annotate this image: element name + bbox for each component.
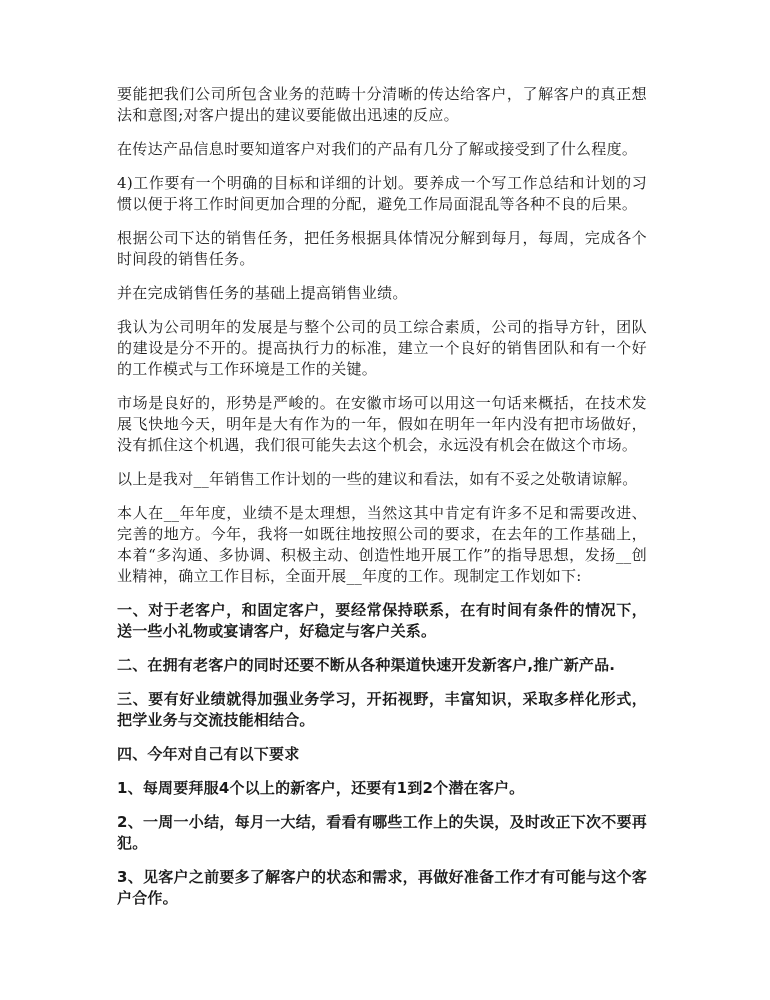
heading-item-2: 二、在拥有老客户的同时还要不断从各种渠道快速开发新客户,推广新产品. [117, 655, 647, 676]
requirement-2: 2、一周一小结，每月一大结，看看有哪些工作上的失误，及时改正下次不要再犯。 [117, 812, 647, 854]
document-page: 要能把我们公司所包含业务的范畴十分清晰的传达给客户，了解客户的真正想法和意图;对… [117, 84, 647, 922]
paragraph-3: 4)工作要有一个明确的目标和详细的计划。要养成一个写工作总结和计划的习惯以便于将… [117, 173, 647, 215]
heading-item-3: 三、要有好业绩就得加强业务学习，开拓视野，丰富知识，采取多样化形式，把学业务与交… [117, 689, 647, 731]
paragraph-2: 在传达产品信息时要知道客户对我们的产品有几分了解或接受到了什么程度。 [117, 139, 647, 160]
paragraph-7: 市场是良好的，形势是严峻的。在安徽市场可以用这一句话来概括，在技术发展飞快地今天… [117, 393, 647, 456]
paragraph-4: 根据公司下达的销售任务，把任务根据具体情况分解到每月，每周，完成各个时间段的销售… [117, 228, 647, 270]
paragraph-8: 以上是我对__年销售工作计划的一些的建议和看法，如有不妥之处敬请谅解。 [117, 469, 647, 490]
requirement-3: 3、见客户之前要多了解客户的状态和需求，再做好准备工作才有可能与这个客户合作。 [117, 867, 647, 909]
requirement-1: 1、每周要拜服4个以上的新客户，还要有1到2个潜在客户。 [117, 778, 647, 799]
paragraph-1: 要能把我们公司所包含业务的范畴十分清晰的传达给客户，了解客户的真正想法和意图;对… [117, 84, 647, 126]
heading-item-4: 四、今年对自己有以下要求 [117, 744, 647, 765]
paragraph-6: 我认为公司明年的发展是与整个公司的员工综合素质，公司的指导方针，团队的建设是分不… [117, 317, 647, 380]
paragraph-9: 本人在__年年度，业绩不是太理想，当然这其中肯定有许多不足和需要改进、完善的地方… [117, 503, 647, 587]
paragraph-5: 并在完成销售任务的基础上提高销售业绩。 [117, 283, 647, 304]
heading-item-1: 一、对于老客户，和固定客户，要经常保持联系，在有时间有条件的情况下，送一些小礼物… [117, 600, 647, 642]
